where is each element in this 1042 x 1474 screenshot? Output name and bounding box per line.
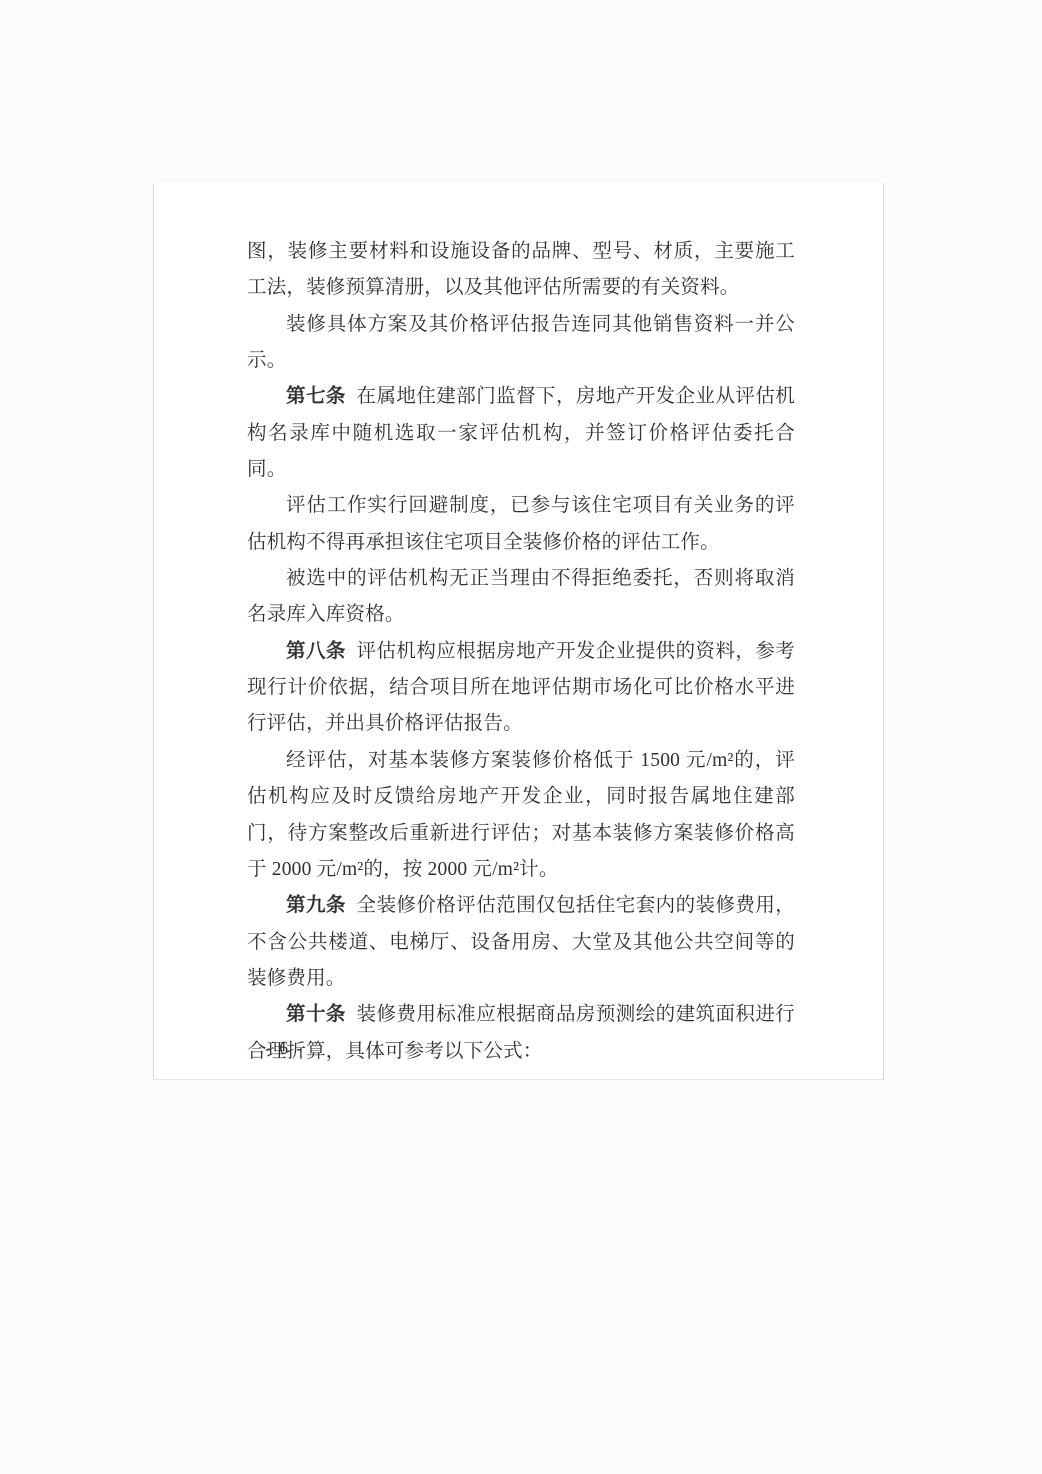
- paragraph-text: 图，装修主要材料和设施设备的品牌、型号、材质，主要施工工法，装修预算清册，以及其…: [247, 241, 795, 298]
- document-body: 图，装修主要材料和设施设备的品牌、型号、材质，主要施工工法，装修预算清册，以及其…: [247, 234, 795, 1070]
- paragraph: 第十条装修费用标准应根据商品房预测绘的建筑面积进行合理折算，具体可参考以下公式：: [247, 997, 795, 1070]
- paragraph-text: 经评估，对基本装修方案装修价格低于 1500 元/m²的，评估机构应及时反馈给房…: [247, 750, 795, 880]
- article-number: 第九条: [286, 895, 346, 916]
- paragraph: 被选中的评估机构无正当理由不得拒绝委托，否则将取消名录库入库资格。: [247, 561, 795, 634]
- paragraph: 装修具体方案及其价格评估报告连同其他销售资料一并公示。: [247, 307, 795, 380]
- paragraph: 第九条全装修价格评估范围仅包括住宅套内的装修费用，不含公共楼道、电梯厅、设备用房…: [247, 888, 795, 997]
- paragraph: 第八条评估机构应根据房地产开发企业提供的资料，参考现行计价依据，结合项目所在地评…: [247, 634, 795, 743]
- article-number: 第八条: [286, 641, 346, 662]
- paragraph: 第七条在属地住建部门监督下，房地产开发企业从评估机构名录库中随机选取一家评估机构…: [247, 379, 795, 488]
- page-number: - 6 -: [265, 1038, 304, 1059]
- article-number: 第十条: [286, 1004, 346, 1025]
- paragraph: 评估工作实行回避制度，已参与该住宅项目有关业务的评估机构不得再承担该住宅项目全装…: [247, 488, 795, 561]
- paragraph: 经评估，对基本装修方案装修价格低于 1500 元/m²的，评估机构应及时反馈给房…: [247, 743, 795, 888]
- paragraph-text: 被选中的评估机构无正当理由不得拒绝委托，否则将取消名录库入库资格。: [247, 568, 795, 625]
- paragraph: 图，装修主要材料和设施设备的品牌、型号、材质，主要施工工法，装修预算清册，以及其…: [247, 234, 795, 307]
- paragraph-text: 装修具体方案及其价格评估报告连同其他销售资料一并公示。: [247, 314, 795, 371]
- article-number: 第七条: [286, 386, 346, 407]
- document-page: 图，装修主要材料和设施设备的品牌、型号、材质，主要施工工法，装修预算清册，以及其…: [153, 183, 884, 1080]
- paragraph-text: 评估工作实行回避制度，已参与该住宅项目有关业务的评估机构不得再承担该住宅项目全装…: [247, 495, 795, 552]
- pdf-viewer-background: 图，装修主要材料和设施设备的品牌、型号、材质，主要施工工法，装修预算清册，以及其…: [0, 0, 1042, 1474]
